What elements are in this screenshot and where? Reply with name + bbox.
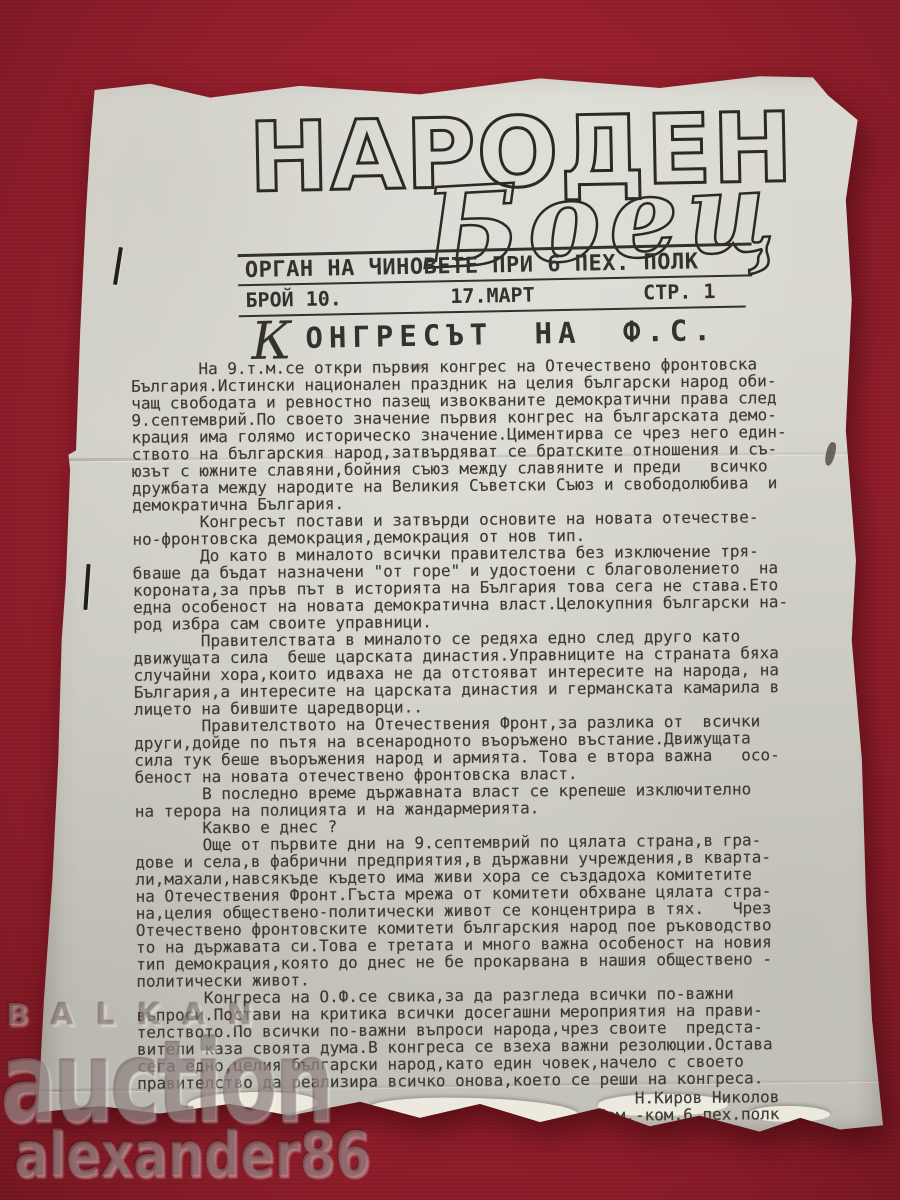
article-body-block: На 9.т.м.се откри първия конгрес на Отеч…	[35, 68, 889, 1141]
article-text: На 9.т.м.се откри първия конгрес на Отеч…	[131, 355, 844, 1128]
paragraph: Още от първите дни на 9.септемврий по ця…	[135, 831, 842, 990]
signature-role: Пом.-ком.6.пех.полк	[137, 1105, 779, 1128]
ink-smudge	[190, 86, 216, 95]
paragraph: На 9.т.м.се откри първия конгрес на Отеч…	[131, 355, 838, 514]
signature-block: Н.Киров Николов Пом.-ком.6.пех.полк	[137, 1088, 843, 1128]
photo-scene: НАРОДЕН Боец ОРГАН НА ЧИНОВЕТЕ ПРИ 6 ПЕХ…	[0, 0, 900, 1200]
paragraph: Правителството на Отечествения Фронт,за …	[134, 712, 841, 786]
printed-content: НАРОДЕН Боец ОРГАН НА ЧИНОВЕТЕ ПРИ 6 ПЕХ…	[38, 72, 883, 1138]
paragraph: Конгреса на О.Ф.се свика,за да разгледа …	[136, 984, 843, 1092]
newspaper-sheet: НАРОДЕН Боец ОРГАН НА ЧИНОВЕТЕ ПРИ 6 ПЕХ…	[38, 72, 883, 1138]
newspaper-sheet-wrapper: НАРОДЕН Боец ОРГАН НА ЧИНОВЕТЕ ПРИ 6 ПЕХ…	[0, 0, 900, 1200]
paragraph: Правителствата в миналото се редяха едно…	[133, 627, 840, 718]
paragraph: До като в миналото всички правителства б…	[133, 542, 840, 633]
